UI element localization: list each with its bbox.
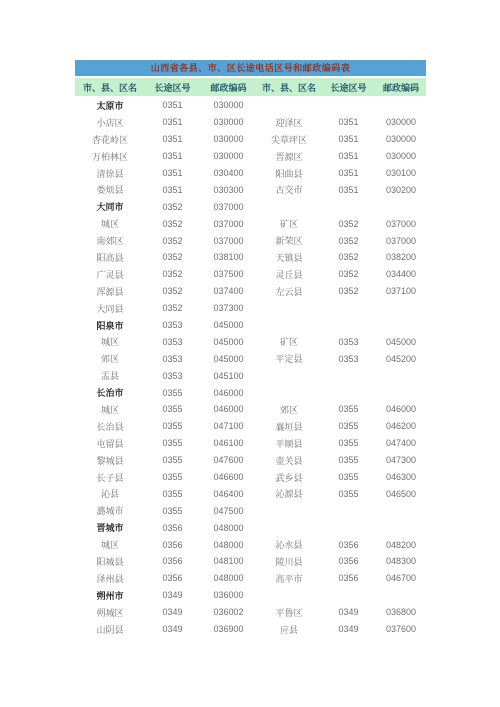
postal-code: 046300 [376,472,426,482]
area-code: 0349 [321,624,376,634]
table-title: 山西省各县、市、区长途电话区号和邮政编码表 [75,60,426,76]
area-code: 0355 [321,489,376,499]
area-code: 0351 [145,185,200,195]
postal-code: 030000 [376,151,426,161]
region-name: 长治市 [75,386,145,399]
area-code: 0356 [145,523,200,533]
postal-code: 037000 [200,202,257,212]
area-code: 0355 [321,404,376,414]
area-code: 0349 [145,607,200,617]
region-name: 郊区 [257,403,321,416]
area-code: 0351 [321,117,376,127]
area-code: 0355 [321,472,376,482]
area-code: 0352 [321,252,376,262]
column-header: 长途区号 [321,81,376,94]
region-name: 城区 [75,403,145,416]
postal-code: 037500 [200,269,257,279]
region-name: 屯留县 [75,437,145,450]
region-name: 太原市 [75,99,145,112]
region-name: 襄垣县 [257,420,321,433]
postal-code: 048300 [376,556,426,566]
region-name: 平顺县 [257,437,321,450]
region-name: 娄烦县 [75,183,145,196]
region-name: 阳高县 [75,251,145,264]
region-name: 阳泉市 [75,319,145,332]
area-code: 0352 [321,219,376,229]
postal-code: 045000 [200,320,257,330]
table-row: 阳高县0352038100天镇县0352038200 [75,249,426,266]
postal-code: 046200 [376,421,426,431]
table-row: 长治县0355047100襄垣县0355046200 [75,418,426,435]
table-row: 朔州市0349036000 [75,587,426,604]
region-name: 晋源区 [257,150,321,163]
postal-code: 046100 [200,438,257,448]
area-code: 0353 [145,371,200,381]
area-code: 0355 [145,421,200,431]
table-header-row: 市、县、区名长途区号邮政编码市、县、区名长途区号邮政编码 [75,78,426,96]
region-name: 灵丘县 [257,268,321,281]
area-code: 0351 [321,151,376,161]
area-code: 0352 [321,269,376,279]
region-name: 大同县 [75,302,145,315]
area-code: 0352 [145,286,200,296]
area-code: 0356 [321,540,376,550]
area-code: 0355 [145,388,200,398]
table-row: 大同市0352037000 [75,198,426,215]
area-code: 0356 [145,556,200,566]
area-code-table: 山西省各县、市、区长途电话区号和邮政编码表 市、县、区名长途区号邮政编码市、县、… [75,60,426,638]
postal-code: 037000 [376,236,426,246]
postal-code: 046000 [200,404,257,414]
area-code: 0351 [145,168,200,178]
area-code: 0355 [145,506,200,516]
table-row: 沁县0355046400沁源县0355046500 [75,485,426,502]
postal-code: 030000 [376,117,426,127]
region-name: 古交市 [257,183,321,196]
postal-code: 030000 [200,100,257,110]
region-name: 杏花岭区 [75,133,145,146]
postal-code: 045000 [200,337,257,347]
area-code: 0351 [145,134,200,144]
region-name: 新荣区 [257,234,321,247]
table-row: 阳城县0356048100陵川县0356048300 [75,553,426,570]
region-name: 潞城市 [75,504,145,517]
postal-code: 030000 [200,134,257,144]
postal-code: 048000 [200,540,257,550]
column-header: 邮政编码 [376,81,426,94]
column-header: 长途区号 [145,81,200,94]
area-code: 0349 [321,607,376,617]
table-row: 晋城市0356048000 [75,519,426,536]
region-name: 高平市 [257,572,321,585]
postal-code: 046000 [376,404,426,414]
table-row: 山阴县0349036900应县0349037600 [75,621,426,638]
area-code: 0351 [145,100,200,110]
postal-code: 048200 [376,540,426,550]
postal-code: 037400 [200,286,257,296]
area-code: 0352 [145,236,200,246]
postal-code: 046400 [200,489,257,499]
region-name: 晋城市 [75,521,145,534]
area-code: 0351 [145,117,200,127]
postal-code: 047600 [200,455,257,465]
table-row: 南郊区0352037000新荣区0352037000 [75,232,426,249]
area-code: 0352 [145,202,200,212]
region-name: 左云县 [257,285,321,298]
region-name: 大同市 [75,200,145,213]
postal-code: 046000 [200,388,257,398]
table-row: 屯留县0355046100平顺县0355047400 [75,435,426,452]
postal-code: 038200 [376,252,426,262]
region-name: 朔州市 [75,589,145,602]
table-row: 城区0352037000矿区0352037000 [75,215,426,232]
region-name: 长子县 [75,471,145,484]
region-name: 南郊区 [75,234,145,247]
region-name: 城区 [75,217,145,230]
table-row: 阳泉市0353045000 [75,317,426,334]
postal-code: 030000 [200,151,257,161]
region-name: 天镇县 [257,251,321,264]
region-name: 阳曲县 [257,167,321,180]
table-row: 浑源县0352037400左云县0352037100 [75,283,426,300]
region-name: 沁县 [75,487,145,500]
postal-code: 045200 [376,354,426,364]
postal-code: 045000 [200,354,257,364]
postal-code: 048000 [200,523,257,533]
postal-code: 048100 [200,556,257,566]
postal-code: 036800 [376,607,426,617]
area-code: 0353 [321,337,376,347]
postal-code: 036900 [200,624,257,634]
area-code: 0353 [321,354,376,364]
area-code: 0355 [145,489,200,499]
column-header: 邮政编码 [200,81,257,94]
region-name: 浑源县 [75,285,145,298]
area-code: 0351 [321,168,376,178]
postal-code: 030000 [376,134,426,144]
region-name: 陵川县 [257,555,321,568]
postal-code: 037100 [376,286,426,296]
area-code: 0356 [321,573,376,583]
region-name: 盂县 [75,369,145,382]
postal-code: 030400 [200,168,257,178]
table-row: 朔城区0349036002平鲁区0349036800 [75,604,426,621]
postal-code: 047300 [376,455,426,465]
region-name: 阳城县 [75,555,145,568]
area-code: 0355 [321,455,376,465]
area-code: 0349 [145,624,200,634]
area-code: 0355 [321,421,376,431]
table-row: 潞城市0355047500 [75,502,426,519]
area-code: 0356 [321,556,376,566]
region-name: 郊区 [75,352,145,365]
area-code: 0352 [145,252,200,262]
postal-code: 047400 [376,438,426,448]
region-name: 平鲁区 [257,606,321,619]
table-row: 郊区0353045000平定县0353045200 [75,350,426,367]
postal-code: 037000 [200,236,257,246]
table-row: 万柏林区0351030000晋源区0351030000 [75,148,426,165]
region-name: 尖草坪区 [257,133,321,146]
column-header: 市、县、区名 [75,81,145,94]
table-row: 长子县0355046600武乡县0355046300 [75,469,426,486]
postal-code: 047100 [200,421,257,431]
region-name: 城区 [75,335,145,348]
postal-code: 037000 [200,219,257,229]
area-code: 0349 [145,590,200,600]
table-row: 大同县0352037300 [75,300,426,317]
region-name: 沁源县 [257,487,321,500]
region-name: 长治县 [75,420,145,433]
postal-code: 038100 [200,252,257,262]
region-name: 黎城县 [75,454,145,467]
area-code: 0352 [321,236,376,246]
region-name: 壶关县 [257,454,321,467]
region-name: 清徐县 [75,167,145,180]
area-code: 0351 [321,185,376,195]
table-row: 城区0356048000沁水县0356048200 [75,536,426,553]
area-code: 0355 [145,438,200,448]
postal-code: 037000 [376,219,426,229]
area-code: 0351 [321,134,376,144]
region-name: 泽州县 [75,572,145,585]
table-body: 太原市0351030000小店区0351030000迎泽区0351030000杏… [75,97,426,638]
postal-code: 030300 [200,185,257,195]
postal-code: 046500 [376,489,426,499]
area-code: 0355 [145,455,200,465]
area-code: 0353 [145,320,200,330]
table-row: 盂县0353045100 [75,367,426,384]
region-name: 矿区 [257,335,321,348]
region-name: 武乡县 [257,471,321,484]
area-code: 0356 [145,573,200,583]
region-name: 平定县 [257,352,321,365]
region-name: 山阴县 [75,623,145,636]
postal-code: 030100 [376,168,426,178]
postal-code: 046600 [200,472,257,482]
postal-code: 045100 [200,371,257,381]
area-code: 0353 [145,354,200,364]
region-name: 沁水县 [257,538,321,551]
table-row: 城区0353045000矿区0353045000 [75,333,426,350]
postal-code: 034400 [376,269,426,279]
postal-code: 047500 [200,506,257,516]
table-row: 娄烦县0351030300古交市0351030200 [75,181,426,198]
region-name: 城区 [75,538,145,551]
table-row: 清徐县0351030400阳曲县0351030100 [75,165,426,182]
table-row: 太原市0351030000 [75,97,426,114]
postal-code: 046700 [376,573,426,583]
postal-code: 030000 [200,117,257,127]
table-row: 泽州县0356048000高平市0356046700 [75,570,426,587]
table-row: 小店区0351030000迎泽区0351030000 [75,114,426,131]
table-row: 黎城县0355047600壶关县0355047300 [75,452,426,469]
table-row: 城区0355046000郊区0355046000 [75,401,426,418]
postal-code: 037600 [376,624,426,634]
region-name: 朔城区 [75,606,145,619]
area-code: 0352 [321,286,376,296]
postal-code: 037300 [200,303,257,313]
postal-code: 048000 [200,573,257,583]
area-code: 0352 [145,303,200,313]
region-name: 广灵县 [75,268,145,281]
area-code: 0356 [145,540,200,550]
column-header: 市、县、区名 [257,81,321,94]
region-name: 矿区 [257,217,321,230]
area-code: 0355 [145,404,200,414]
region-name: 迎泽区 [257,116,321,129]
postal-code: 030200 [376,185,426,195]
page: 山西省各县、市、区长途电话区号和邮政编码表 市、县、区名长途区号邮政编码市、县、… [0,0,500,707]
area-code: 0355 [321,438,376,448]
table-row: 广灵县0352037500灵丘县0352034400 [75,266,426,283]
area-code: 0352 [145,219,200,229]
postal-code: 036000 [200,590,257,600]
area-code: 0351 [145,151,200,161]
area-code: 0353 [145,337,200,347]
table-row: 杏花岭区0351030000尖草坪区0351030000 [75,131,426,148]
area-code: 0352 [145,269,200,279]
region-name: 小店区 [75,116,145,129]
table-row: 长治市0355046000 [75,384,426,401]
postal-code: 045000 [376,337,426,347]
region-name: 应县 [257,623,321,636]
postal-code: 036002 [200,607,257,617]
region-name: 万柏林区 [75,150,145,163]
area-code: 0355 [145,472,200,482]
